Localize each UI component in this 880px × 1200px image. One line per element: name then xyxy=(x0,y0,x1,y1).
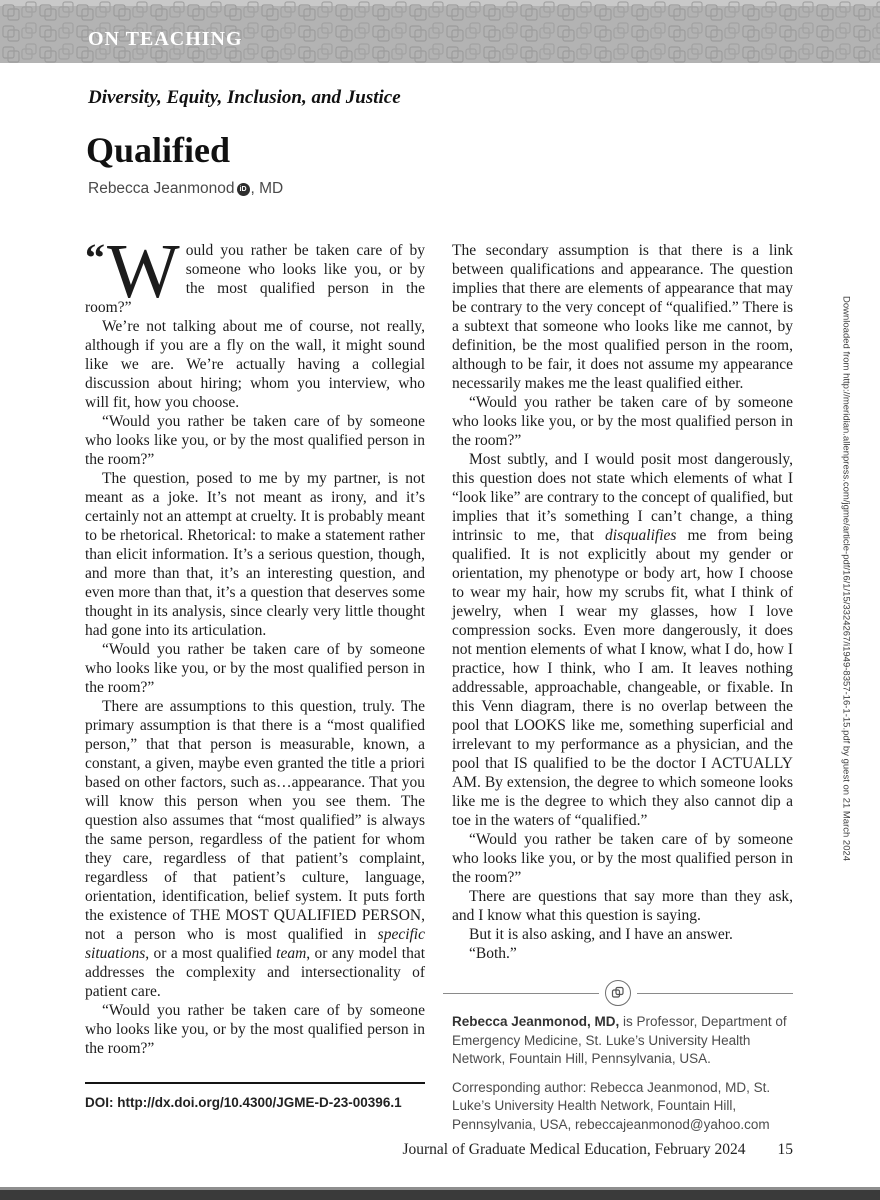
page-number: 15 xyxy=(778,1141,794,1160)
article-title: Qualified xyxy=(86,131,230,171)
orcid-icon: iD xyxy=(237,183,250,196)
banner-title: ON TEACHING xyxy=(88,29,243,49)
journal-page: ON TEACHING Diversity, Equity, Inclusion… xyxy=(0,0,880,1200)
doi-label: DOI: xyxy=(85,1095,117,1110)
body-column-right: The secondary assumption is that there i… xyxy=(452,241,793,963)
bottom-page-band xyxy=(0,1187,880,1200)
page-footer: Journal of Graduate Medical Education, F… xyxy=(402,1141,793,1160)
paragraph: “Would you rather be taken care of by so… xyxy=(452,830,793,887)
doi-divider-rule xyxy=(85,1082,425,1084)
paragraph: “ W ould you rather be taken care of by … xyxy=(85,241,425,317)
journal-citation: Journal of Graduate Medical Education, F… xyxy=(402,1141,745,1160)
opening-quote-mark: “ xyxy=(85,238,105,278)
author-degree: , MD xyxy=(251,180,284,199)
bio-affiliation: Rebecca Jeanmonod, MD, is Professor, Dep… xyxy=(452,1013,800,1069)
paragraph: There are questions that say more than t… xyxy=(452,887,793,925)
paragraph: “Would you rather be taken care of by so… xyxy=(452,393,793,450)
author-name: Rebecca Jeanmonod xyxy=(88,180,235,199)
paragraph: “Would you rather be taken care of by so… xyxy=(85,412,425,469)
paragraph: “Would you rather be taken care of by so… xyxy=(85,1001,425,1058)
bio-corresponding-author: Corresponding author: Rebecca Jeanmonod,… xyxy=(452,1079,800,1135)
author-bio: Rebecca Jeanmonod, MD, is Professor, Dep… xyxy=(452,1013,800,1144)
paragraph: But it is also asking, and I have an ans… xyxy=(452,925,793,944)
doi-line: DOI: http://dx.doi.org/10.4300/JGME-D-23… xyxy=(85,1094,402,1112)
body-column-left: “ W ould you rather be taken care of by … xyxy=(85,241,425,1058)
paragraph: Most subtly, and I would posit most dang… xyxy=(452,450,793,830)
paragraph: “Both.” xyxy=(452,944,793,963)
paragraph: The question, posed to me by my partner,… xyxy=(85,469,425,640)
section-banner: ON TEACHING xyxy=(0,0,880,63)
download-provenance-note: Downloaded from http://meridian.allenpre… xyxy=(840,296,851,916)
dropcap: “ W xyxy=(85,242,178,298)
end-of-article-separator xyxy=(443,980,793,1006)
paragraph: The secondary assumption is that there i… xyxy=(452,241,793,393)
paragraph: “Would you rather be taken care of by so… xyxy=(85,640,425,697)
author-byline: Rebecca Jeanmonod iD , MD xyxy=(88,180,283,199)
article-section-heading: Diversity, Equity, Inclusion, and Justic… xyxy=(88,87,401,110)
paragraph: We’re not talking about me of course, no… xyxy=(85,317,425,412)
book-in-circle-icon xyxy=(605,980,631,1006)
doi-link[interactable]: http://dx.doi.org/10.4300/JGME-D-23-0039… xyxy=(117,1095,401,1110)
paragraph: There are assumptions to this question, … xyxy=(85,697,425,1001)
dropcap-letter: W xyxy=(107,242,178,301)
